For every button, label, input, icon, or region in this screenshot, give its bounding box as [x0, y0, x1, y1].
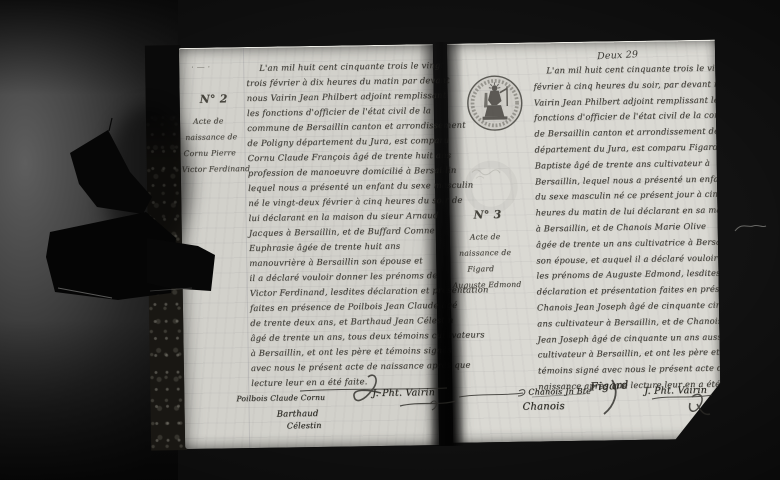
signature-cornu: Poilbois Claude Cornu	[236, 393, 325, 403]
handwritten-act-text: L'an mil huit cent cinquante trois le vi…	[533, 61, 720, 396]
margin-note-line: Acte de	[193, 116, 224, 125]
folio-annotation: Deux 29	[597, 49, 639, 62]
margin-note-line: naissance de	[459, 248, 511, 258]
margin-note-line: naissance de	[185, 132, 237, 142]
right-margin-note: N° 3 Acte de naissance de Figard Auguste…	[447, 44, 537, 443]
left-page: · — · N° 2 Acte de naissance de Cornu Pi…	[179, 44, 439, 449]
act-number: N° 2	[200, 92, 228, 105]
signature-chanois-1: Chanois Jn Bte	[528, 387, 591, 397]
margin-note-line: Acte de	[470, 232, 501, 241]
margin-note-line: Figard	[467, 264, 494, 273]
handwritten-act-text: L'an mil huit cent cinquante trois le vi…	[246, 58, 457, 391]
signature-barthaud: Barthaud	[277, 409, 319, 420]
right-page: Deux 29	[447, 40, 721, 443]
signature-vairin-left: J. Pht. Vairin	[372, 387, 435, 399]
act-number: N° 3	[473, 208, 501, 221]
stray-thread	[735, 225, 766, 231]
signature-figard: Figard	[590, 378, 629, 393]
register-book: · — · N° 2 Acte de naissance de Cornu Pi…	[159, 40, 723, 449]
signature-vairin-right: J. Pht. Vairin	[644, 385, 707, 397]
left-margin-note: N° 2 Acte de naissance de Cornu Pierre V…	[179, 48, 249, 449]
signature-chanois-2: Chanois	[522, 401, 564, 413]
signature-celestin: Célestin	[287, 421, 322, 431]
handwritten-text-line: avec nous le présent acte de naissance a…	[251, 358, 457, 376]
margin-note-line: Victor Ferdinand	[182, 164, 250, 174]
photo-canvas: · — · N° 2 Acte de naissance de Cornu Pi…	[0, 0, 780, 480]
margin-note-line: Cornu Pierre	[183, 148, 236, 158]
